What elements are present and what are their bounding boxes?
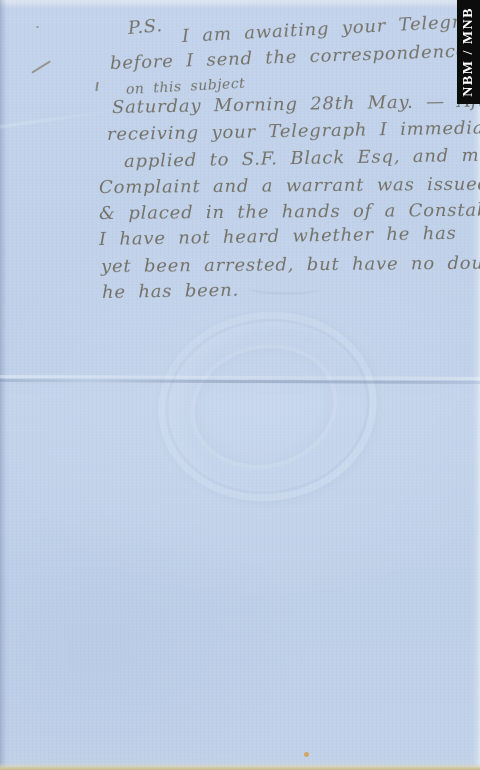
handwriting-line: before I send the correspondence <box>110 41 468 74</box>
handwriting-line: Complaint and a warrant was issued <box>99 174 480 198</box>
handwriting-line: applied to S.F. Black Esq, and made <box>124 144 480 172</box>
archive-label-text: NBM / MNB <box>461 7 477 97</box>
handwriting-line: he has been. <box>102 280 239 303</box>
paper-wrinkle <box>0 109 120 129</box>
handwriting-line: I have not heard whether he has <box>99 223 457 250</box>
ink-scratch-mark <box>31 60 50 73</box>
handwriting-line: P.S. <box>127 15 163 39</box>
archive-label: NBM / MNB <box>457 0 480 104</box>
paper-bottom-edge <box>0 763 480 770</box>
handwriting-line: yet been arrested, but have no doubt <box>101 252 480 277</box>
faded-pencil-mark <box>248 282 320 296</box>
scanned-letter-page: P.S. I am awaiting your Telegraph before… <box>0 0 480 770</box>
handwriting-line: receiving your Telegraph I immediately <box>107 117 480 145</box>
handwriting-line: & placed in the hands of a Constable. <box>99 199 480 224</box>
ink-speck <box>36 26 39 28</box>
ink-speck <box>95 82 98 91</box>
orange-speck <box>304 752 309 757</box>
